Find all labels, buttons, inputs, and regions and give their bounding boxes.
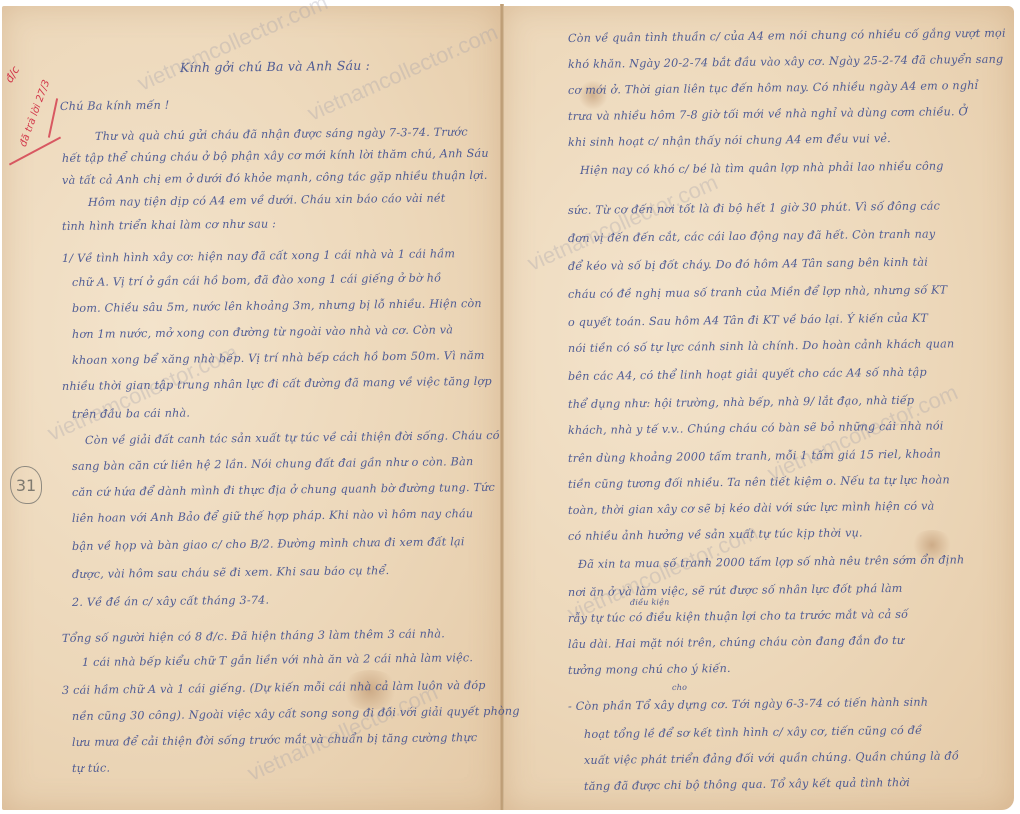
letter-line: trên đầu ba cái nhà. [72, 407, 190, 421]
letter-line: tưởng mong chú cho ý kiến. [568, 662, 731, 677]
letter-line: 2. Về đề án c/ xây cất tháng 3-74. [72, 594, 269, 609]
letter-title: Kính gởi chú Ba và Anh Sáu : [180, 58, 370, 75]
interlinear-correction: cho [672, 683, 687, 692]
letter-line: tự túc. [72, 762, 110, 775]
circled-page-number: 31 [10, 466, 42, 504]
letter-line: tình hình triển khai làm cơ như sau : [62, 217, 276, 233]
interlinear-correction: điều kiện [630, 598, 669, 607]
letter-salutation: Chú Ba kính mến ! [60, 99, 170, 113]
